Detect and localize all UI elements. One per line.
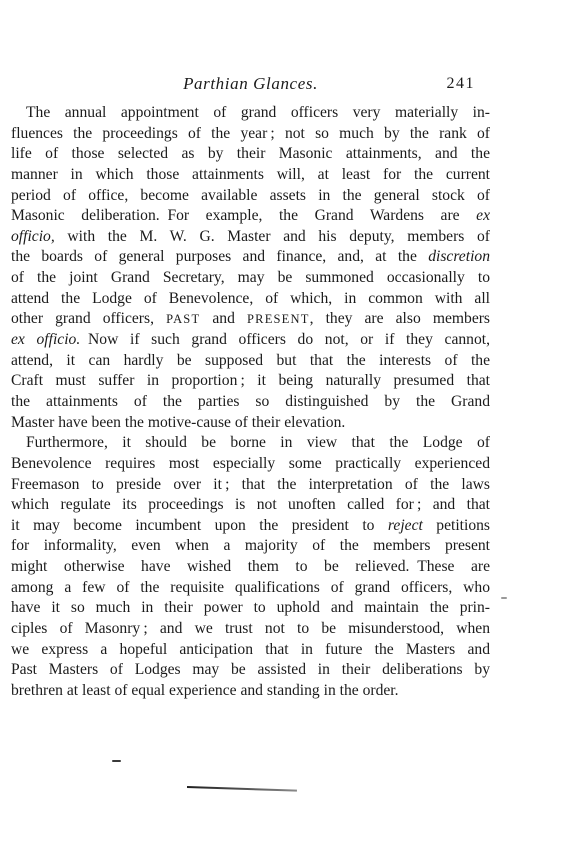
text-segment: attend, it can hardly be supposed but th… [11,352,490,369]
text-segment: Craft must suffer in proportion ; it bei… [11,372,490,389]
text-line: might otherwise have wished them to be r… [11,557,490,578]
text-segment: have it so much in their power to uphold… [11,599,490,616]
text-line: officio, with the M. W. G. Master and hi… [11,227,490,248]
ink-smudge-artifact [112,760,121,762]
text-line: we express a hopeful anticipation that i… [11,640,490,661]
text-line: ciples of Masonry ; and we trust not to … [11,619,490,640]
italic-text: ex officio. [11,331,80,348]
text-segment: the boards of general purposes and finan… [11,248,428,265]
text-line: attend the Lodge of Benevolence, of whic… [11,289,490,310]
text-line: it may become incumbent upon the preside… [11,516,490,537]
text-segment: it may become incumbent upon the preside… [11,517,388,534]
text-segment: petitions [423,517,490,534]
text-line: manner in which those attainments will, … [11,165,490,186]
text-line: Furthermore, it should be borne in view … [11,433,490,454]
text-line: of the joint Grand Secretary, may be sum… [11,268,490,289]
text-line: Benevolence requires most especially som… [11,454,490,475]
text-segment: among a few of the requisite qualificati… [11,579,490,596]
text-segment: manner in which those attainments will, … [11,166,490,183]
page-number: 241 [447,75,476,93]
text-segment: period of office, become available asset… [11,187,490,204]
text-segment: ciples of Masonry ; and we trust not to … [11,620,490,637]
text-line: period of office, become available asset… [11,186,490,207]
ink-dot-artifact [501,597,507,599]
italic-text: ex [476,207,490,224]
text-line: Freemason to preside over it ; that the … [11,475,490,496]
text-segment: and [200,310,247,327]
text-line: have it so much in their power to uphold… [11,598,490,619]
paragraph: Furthermore, it should be borne in view … [11,433,490,701]
text-segment: The annual appointment of grand officers… [26,104,490,121]
text-segment: attend the Lodge of Benevolence, of whic… [11,290,490,307]
text-line: Masonic deliberation. For example, the G… [11,206,490,227]
text-segment: for informality, even when a majority of… [11,537,490,554]
text-segment: Masonic deliberation. For example, the G… [11,207,476,224]
text-segment: brethren at least of equal experience an… [11,682,399,699]
text-line: The annual appointment of grand officers… [11,103,490,124]
text-segment: Now if such grand officers do not, or if… [80,331,490,348]
text-line: the attainments of the parties so distin… [11,392,490,413]
text-line: ex officio. Now if such grand officers d… [11,330,490,351]
text-line: for informality, even when a majority of… [11,536,490,557]
text-segment: Furthermore, it should be borne in view … [26,434,490,451]
rule-line-artifact [187,786,297,792]
text-line: brethren at least of equal experience an… [11,681,490,702]
smallcaps-text: PRESENT [247,312,310,326]
italic-text: discretion [428,248,490,265]
text-line: which regulate its proceedings is not un… [11,495,490,516]
text-segment: of the joint Grand Secretary, may be sum… [11,269,490,286]
italic-text: reject [388,517,423,534]
text-segment: life of those selected as by their Mason… [11,145,490,162]
text-segment: we express a hopeful anticipation that i… [11,641,490,658]
text-segment: Freemason to preside over it ; that the … [11,476,490,493]
page-title: Parthian Glances. [183,74,318,93]
text-line: other grand officers, PAST and PRESENT, … [11,309,490,330]
text-segment: Master have been the motive-cause of the… [11,414,345,431]
text-line: life of those selected as by their Mason… [11,144,490,165]
text-segment: Past Masters of Lodges may be assisted i… [11,661,490,678]
italic-text: officio, [11,228,55,245]
paragraph: The annual appointment of grand officers… [11,103,490,433]
text-line: Master have been the motive-cause of the… [11,413,490,434]
text-segment: , they are also members [310,310,490,327]
text-segment: other grand officers, [11,310,166,327]
text-line: fluences the proceedings of the year ; n… [11,124,490,145]
text-segment: might otherwise have wished them to be r… [11,558,490,575]
running-header: Parthian Glances. 241 [11,74,490,98]
text-segment: with the M. W. G. Master and his deputy,… [55,228,490,245]
text-line: Craft must suffer in proportion ; it bei… [11,371,490,392]
text-line: attend, it can hardly be supposed but th… [11,351,490,372]
body-text: The annual appointment of grand officers… [11,103,490,702]
text-line: among a few of the requisite qualificati… [11,578,490,599]
book-page: Parthian Glances. 241 The annual appoint… [0,0,579,868]
text-line: the boards of general purposes and finan… [11,247,490,268]
text-segment: fluences the proceedings of the year ; n… [11,125,490,142]
text-line: Past Masters of Lodges may be assisted i… [11,660,490,681]
text-segment: Benevolence requires most especially som… [11,455,490,472]
text-segment: which regulate its proceedings is not un… [11,496,490,513]
text-segment: the attainments of the parties so distin… [11,393,490,410]
smallcaps-text: PAST [166,312,200,326]
